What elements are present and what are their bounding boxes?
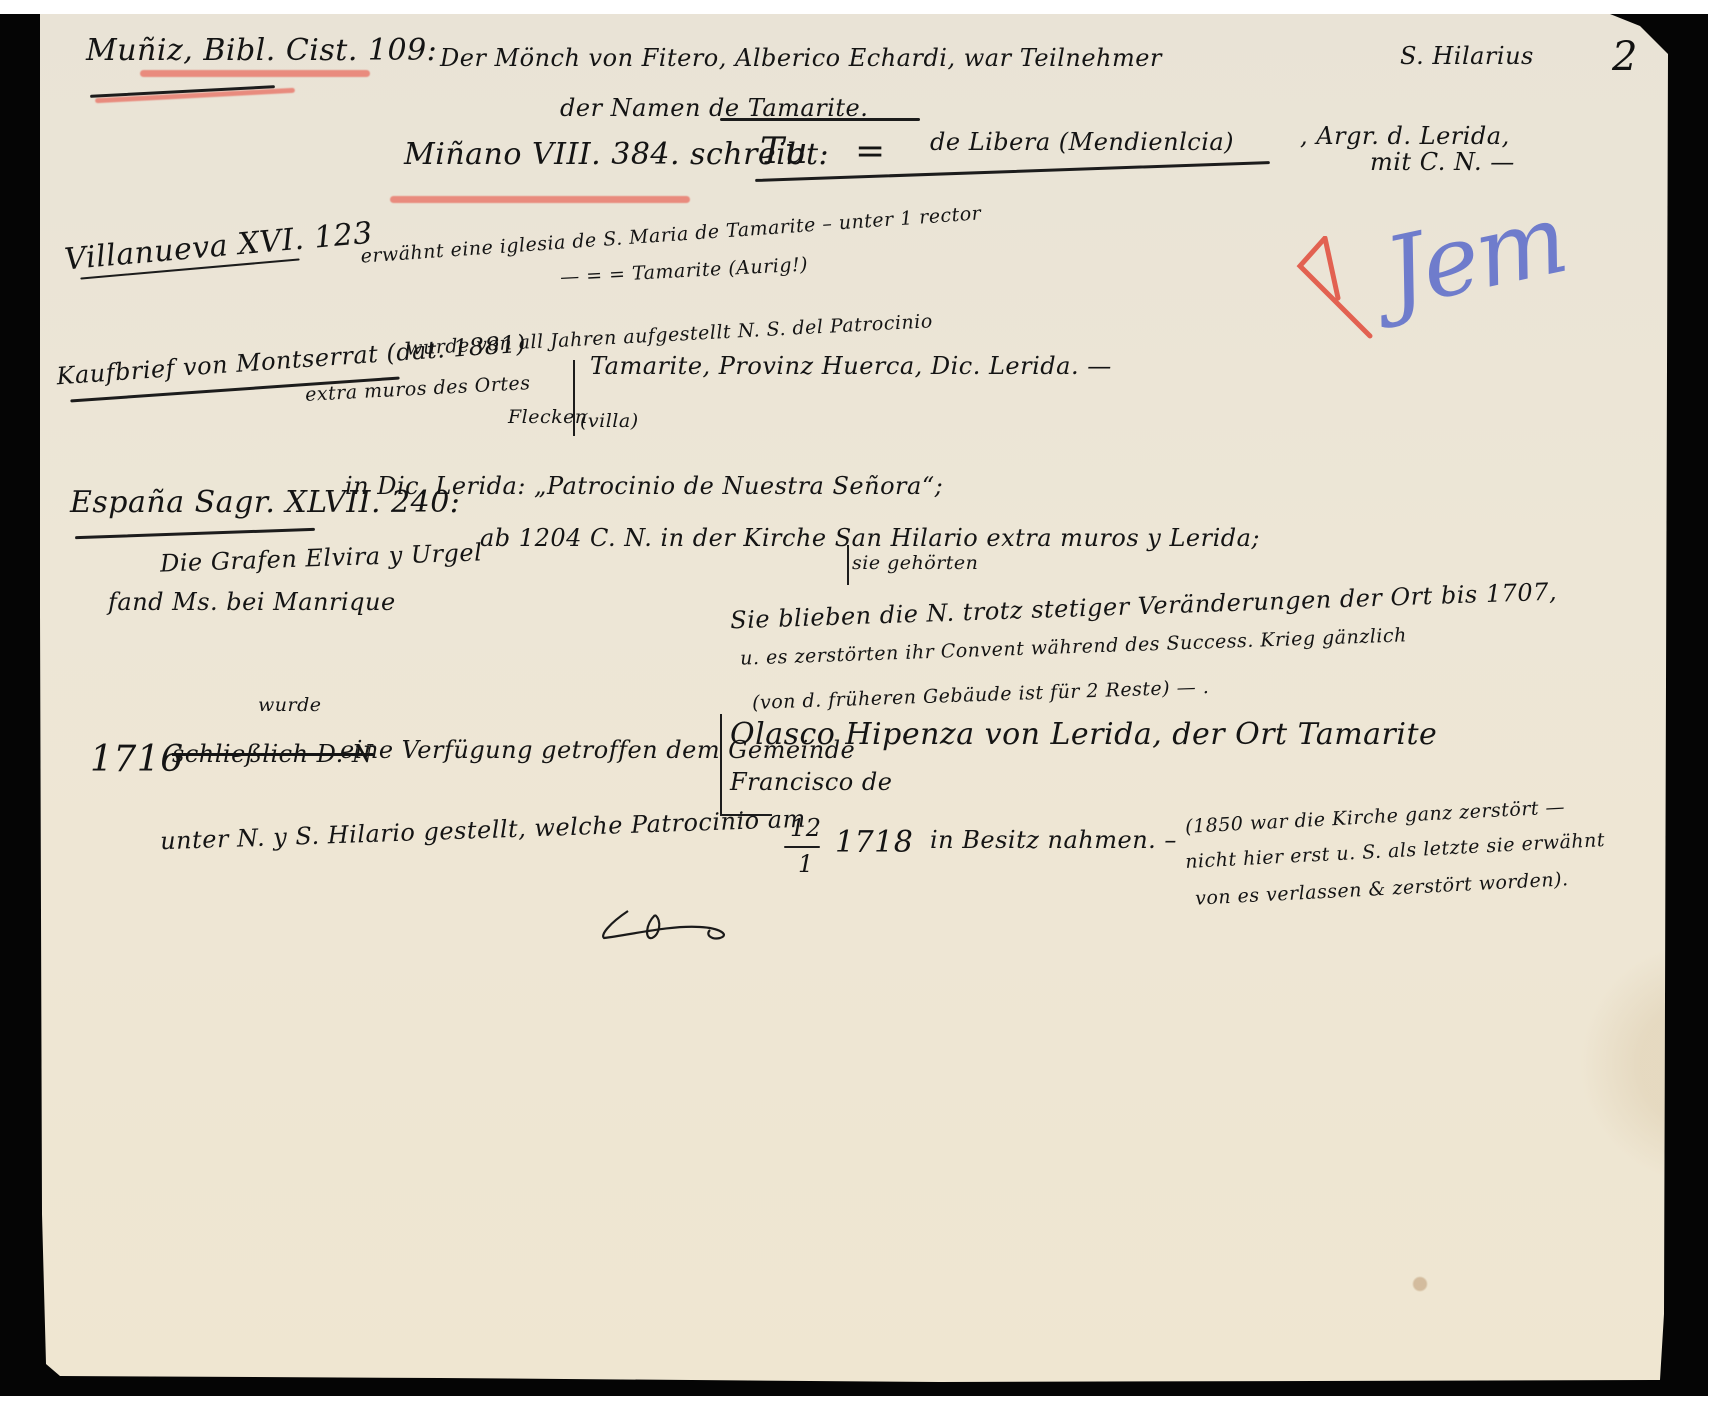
entry-text: Tamarite, Provinz Huerca, Dic. Lerida. — (590, 354, 1112, 378)
entry-text: in Besitz nahmen. – (930, 828, 1177, 852)
date-year: 1718 (835, 828, 913, 858)
red-pencil-mark-icon (1290, 236, 1380, 346)
page-number: 2 (1612, 34, 1637, 80)
entry-text: Olasco Hipenza von Lerida, der Ort Tamar… (730, 720, 1437, 750)
entry-text: Tu (760, 134, 808, 170)
insert-text: sie gehörten (852, 554, 978, 573)
underline (720, 118, 920, 121)
entry-text: ab 1204 C. N. in der Kirche San Hilario … (480, 526, 1260, 550)
entry-text: (villa) (580, 412, 639, 431)
fraction-bar (784, 846, 820, 848)
entry-text: der Namen de Tamarite. (560, 96, 868, 120)
header-label: S. Hilarius (1400, 44, 1534, 68)
date-numerator: 12 (790, 816, 822, 840)
signature-flourish-icon (600, 905, 750, 955)
entry-text: de Libera (Mendienlcia) (930, 130, 1234, 154)
entry-text: , Argr. d. Lerida, (1300, 124, 1510, 148)
red-underline (140, 70, 370, 77)
entry-text: = (855, 134, 886, 170)
entry-text: Francisco de (730, 770, 892, 794)
entry-text: fand Ms. bei Manrique (108, 590, 396, 614)
red-underline (390, 196, 690, 203)
entry-text: in Dic. Lerida: „Patrocinio de Nuestra S… (345, 474, 943, 498)
entry-text: Flecken (508, 408, 588, 427)
bracket (847, 545, 849, 585)
entry-text: mit C. N. — (1370, 150, 1515, 174)
insert-text: wurde (258, 696, 322, 715)
entry-text: Der Mönch von Fitero, Alberico Echardi, … (440, 46, 1162, 70)
source-munoz: Muñiz, Bibl. Cist. 109: (86, 36, 437, 66)
date-denominator: 1 (798, 852, 814, 876)
entry-year: 1716 (90, 742, 184, 778)
